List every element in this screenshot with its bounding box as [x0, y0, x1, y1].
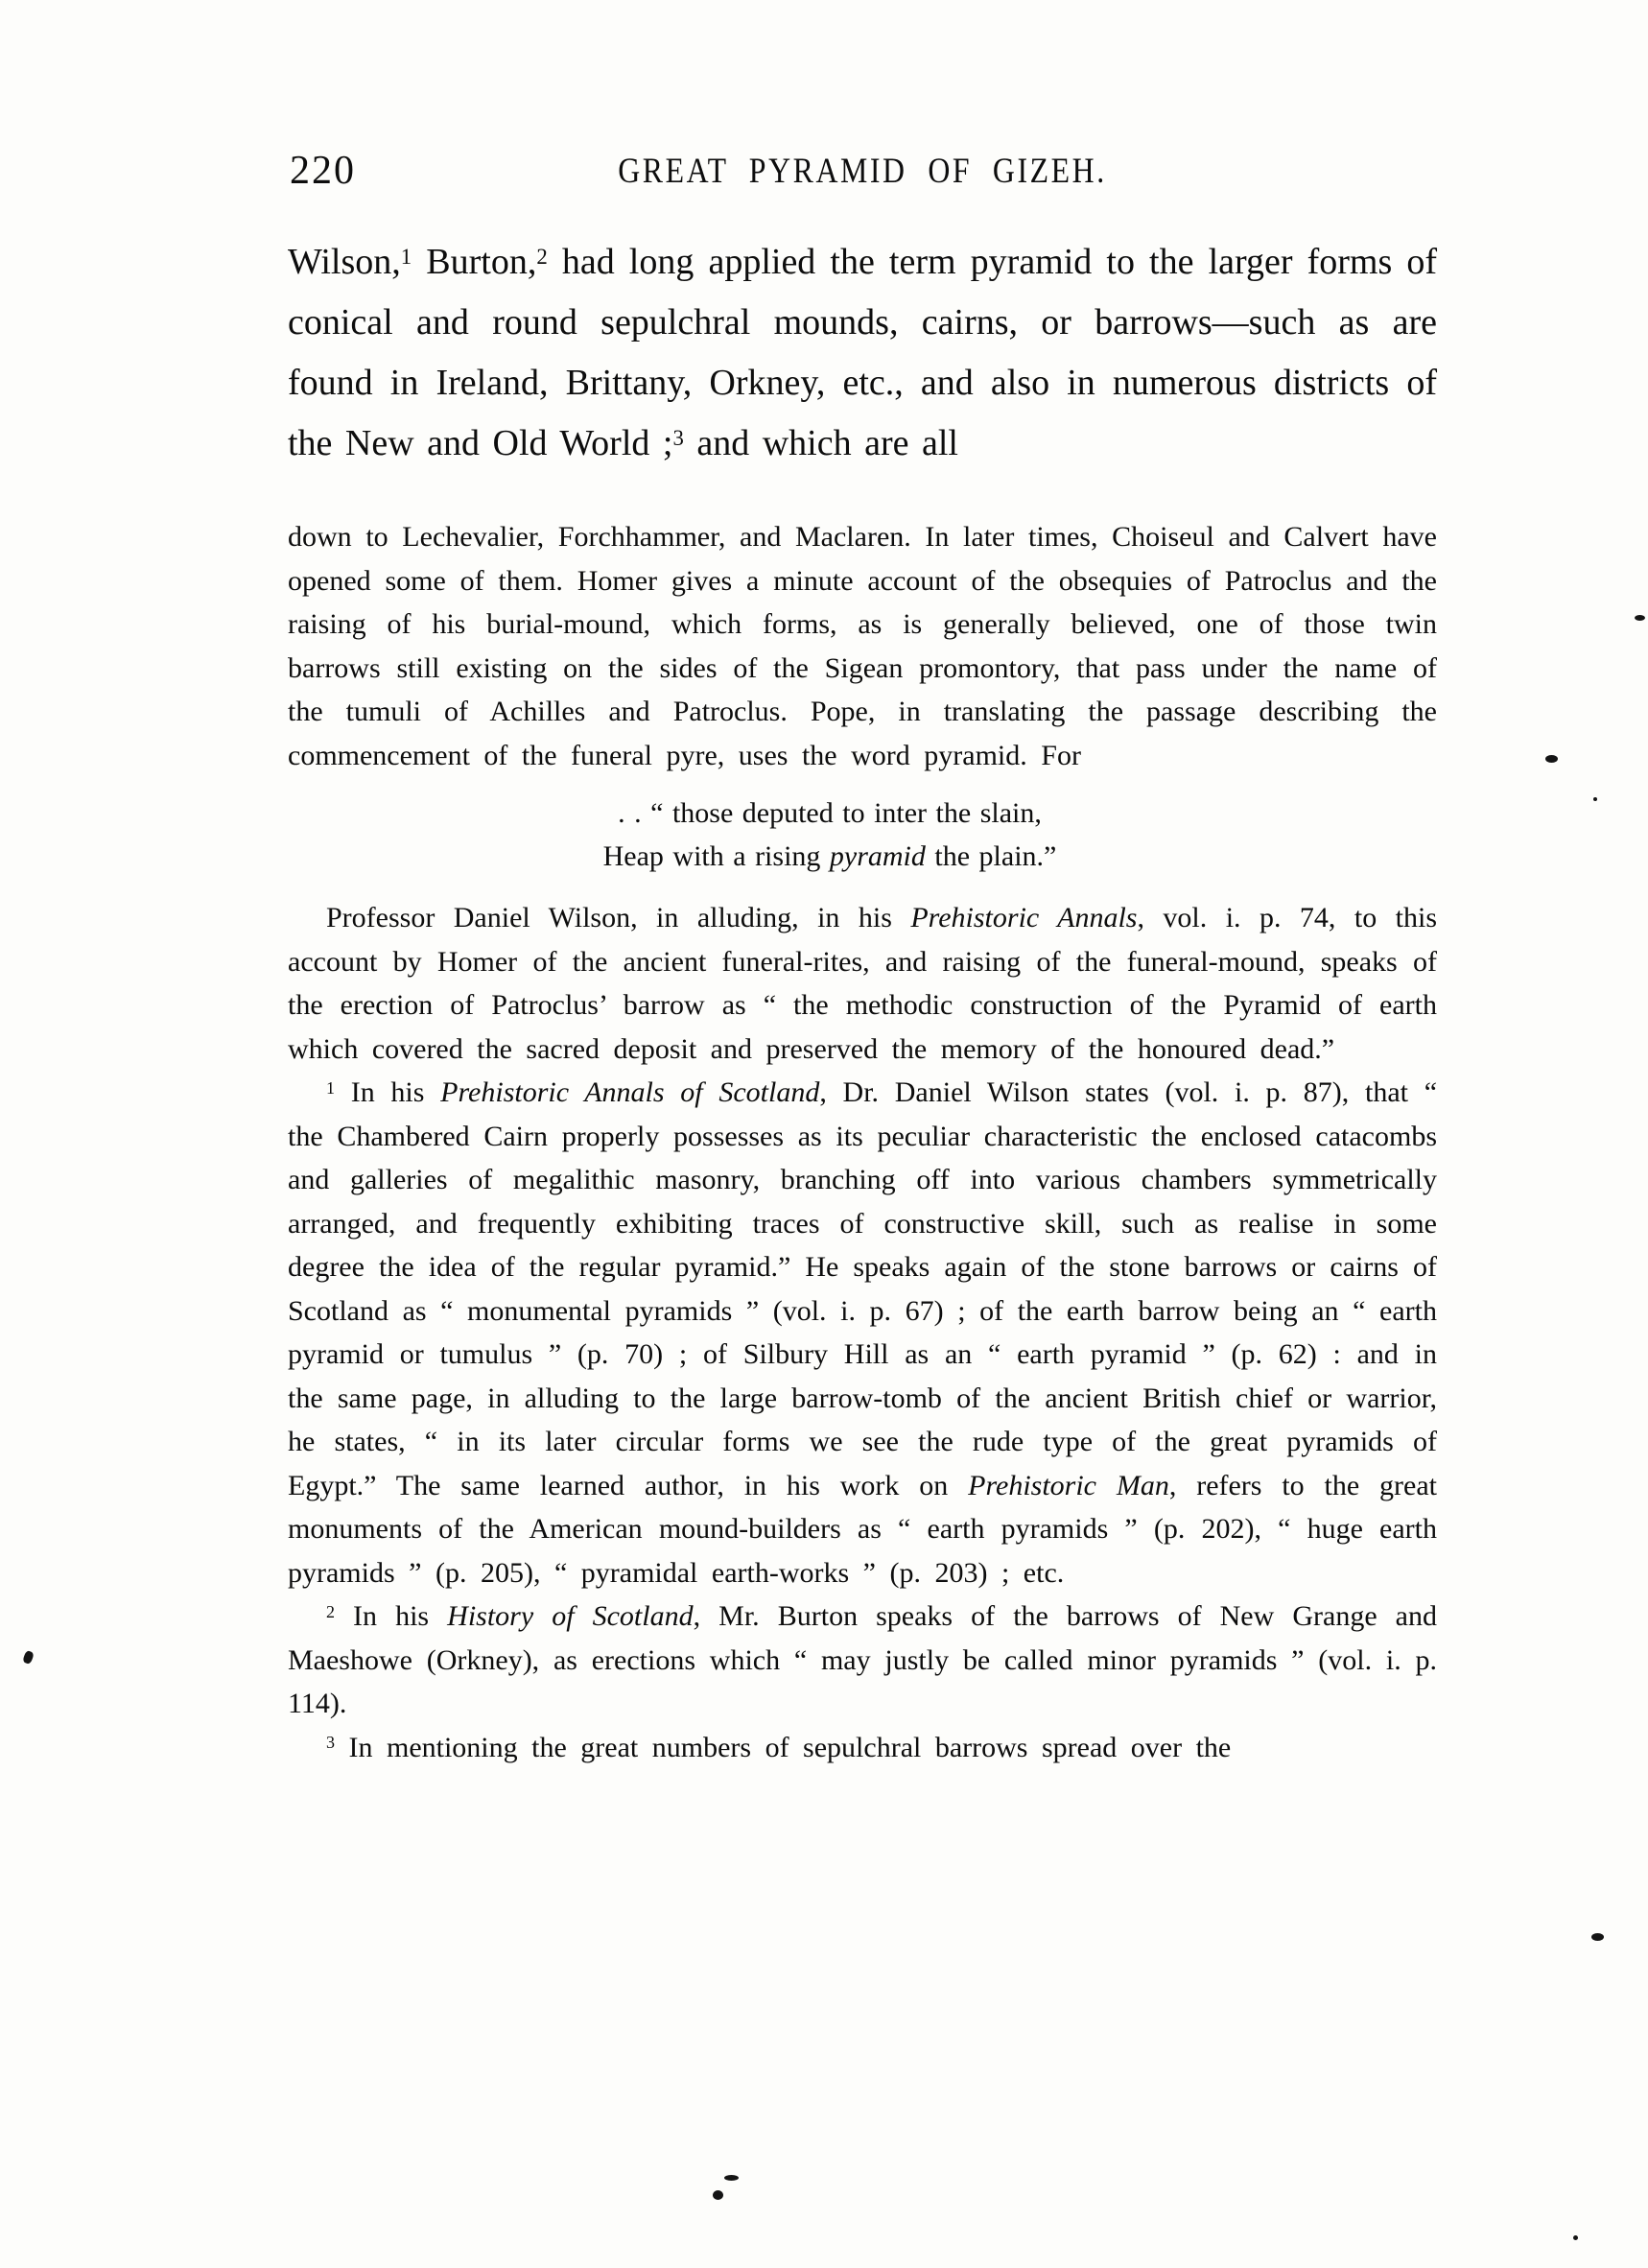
footnote-continuation: down to Lechevalier, Forchhammer, and Ma… [288, 515, 1437, 777]
verse-line-1: . . “ those deputed to inter the slain, [255, 791, 1404, 835]
footnote-2: 2 In his History of Scotland, Mr. Burton… [288, 1595, 1437, 1726]
ink-speck [22, 1650, 35, 1665]
footnote-section: down to Lechevalier, Forchhammer, and Ma… [288, 515, 1437, 1769]
footnote-3: 3 In mentioning the great numbers of sep… [288, 1726, 1437, 1770]
verse-quote: . . “ those deputed to inter the slain, … [255, 791, 1404, 878]
body-paragraph: Wilson,1 Burton,2 had long applied the t… [288, 232, 1437, 474]
verse-line-2: Heap with a rising pyramid the plain.” [255, 835, 1404, 878]
running-title: GREAT PYRAMID OF GIZEH. [368, 151, 1356, 192]
ink-speck [1545, 755, 1558, 763]
ink-speck [1573, 2235, 1578, 2240]
footnote-1: 1 In his Prehistoric Annals of Scotland,… [288, 1071, 1437, 1595]
ink-speck [713, 2190, 723, 2200]
page-header: 220 GREAT PYRAMID OF GIZEH. [288, 148, 1437, 194]
page-number: 220 [290, 148, 356, 194]
book-page: 220 GREAT PYRAMID OF GIZEH. Wilson,1 Bur… [0, 0, 1648, 2268]
ink-speck [1593, 797, 1597, 801]
ink-speck [724, 2175, 739, 2181]
footnote-wilson-paragraph: Professor Daniel Wilson, in alluding, in… [288, 896, 1437, 1071]
ink-speck [1591, 1933, 1604, 1941]
ink-speck [1635, 615, 1645, 621]
